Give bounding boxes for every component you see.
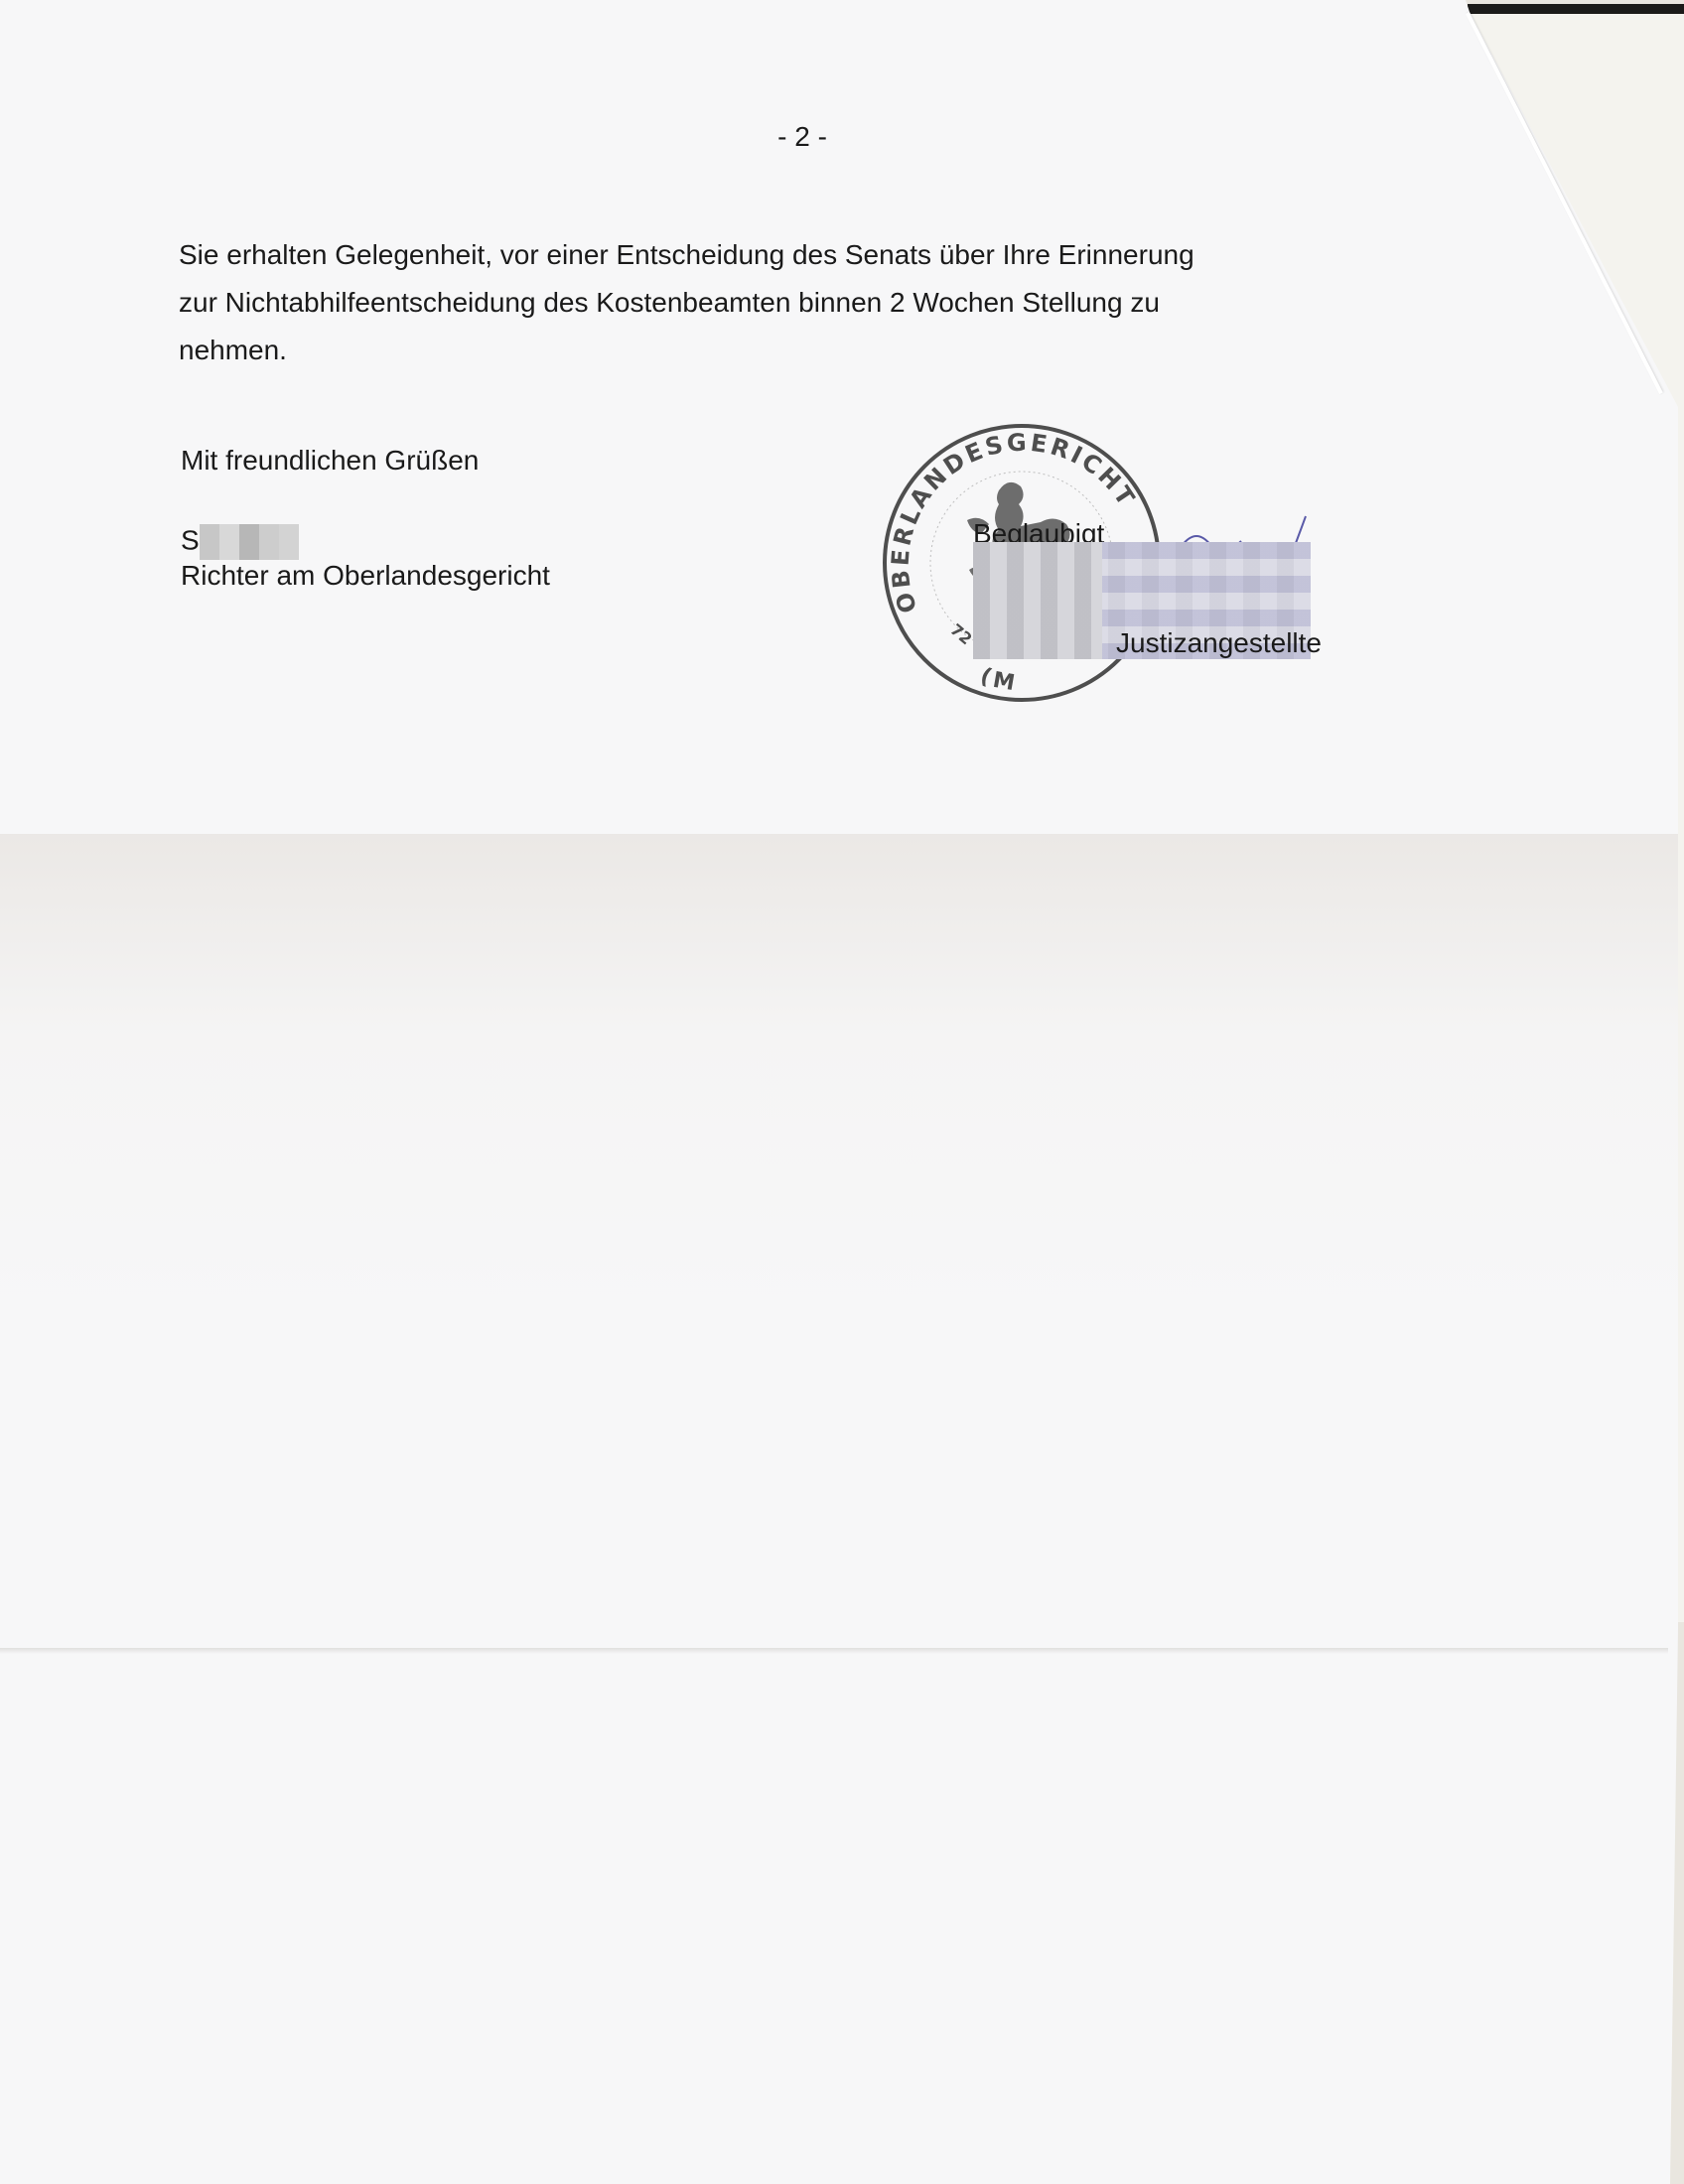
stamp-number: 72 (946, 620, 975, 649)
signer-name: S (181, 524, 299, 560)
clerk-title: Justizangestellte (1116, 627, 1322, 659)
body-line: nehmen. (179, 327, 1410, 374)
body-line: Sie erhalten Gelegenheit, vor einer Ents… (179, 231, 1410, 279)
body-line: zur Nichtabhilfeentscheidung des Kostenb… (179, 279, 1410, 327)
document-page: - 2 - Sie erhalten Gelegenheit, vor eine… (0, 0, 1684, 2184)
signer-title: Richter am Oberlandesgericht (181, 560, 550, 592)
stamp-bottom-text: (M (977, 663, 1021, 697)
signer-initial: S (181, 524, 200, 555)
closing-greeting: Mit freundlichen Grüßen (181, 445, 479, 477)
redacted-name-block (200, 524, 299, 560)
body-paragraph: Sie erhalten Gelegenheit, vor einer Ents… (179, 231, 1410, 374)
fold-line (0, 1648, 1668, 1654)
page-number: - 2 - (0, 121, 1605, 153)
fold-shadow (0, 834, 1678, 1648)
svg-text:(M: (M (977, 663, 1021, 697)
scanner-edge (1468, 4, 1684, 14)
